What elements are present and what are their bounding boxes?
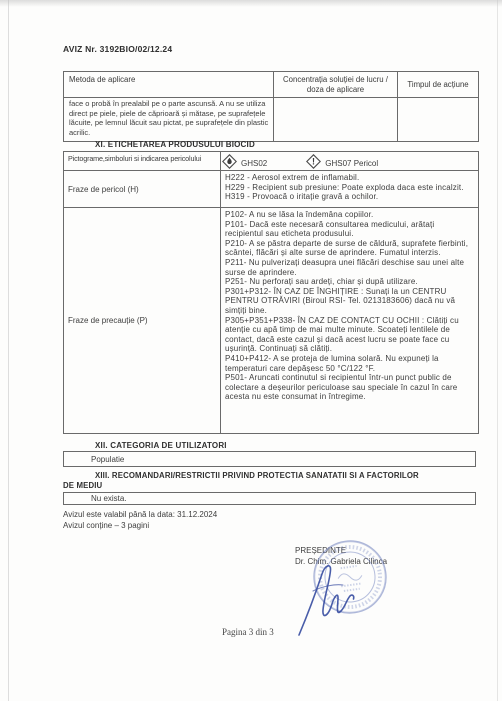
p-phrase: P210- A se păstra departe de surse de că… xyxy=(225,239,474,258)
section-xiii-value-box: Nu exista. xyxy=(63,492,476,505)
scan-edge-left xyxy=(8,0,9,701)
h-phrases-cell: H222 - Aerosol extrem de inflamabil. H22… xyxy=(221,171,479,208)
table-row: Pictograme,simboluri si indicarea perico… xyxy=(64,152,479,171)
ghs02-group: GHS02 xyxy=(222,154,267,169)
ghs07-label: GHS07 Pericol xyxy=(325,159,378,168)
cell-timp xyxy=(398,98,479,142)
table-row: Fraze de pericol (H) H222 - Aerosol extr… xyxy=(64,171,479,208)
document-page: AVIZ Nr. 3192BIO/02/12.24 Metoda de apli… xyxy=(0,0,502,701)
users-category-value: Populatie xyxy=(91,455,124,464)
col-header-timp: Timpul de acțiune xyxy=(398,72,479,98)
recommendations-value: Nu exista. xyxy=(91,494,127,503)
pictograms-cell: GHS02 ! GHS07 Pericol xyxy=(221,152,479,171)
p-phrase: P211- Nu pulverizați deasupra unei flăcă… xyxy=(225,258,474,277)
table-row: face o probă în prealabil pe o parte asc… xyxy=(64,98,479,142)
scan-edge-top xyxy=(0,0,502,7)
section-xi-title: XI. ETICHETAREA PRODUSULUI BIOCID xyxy=(63,140,255,149)
section-xii-title: XII. CATEGORIA DE UTILIZATORI xyxy=(63,441,227,450)
h-phrase: H229 - Recipient sub presiune: Poate exp… xyxy=(225,183,474,193)
p-phrases-label: Fraze de precauție (P) xyxy=(64,208,221,434)
cell-concentratie xyxy=(274,98,398,142)
validity-block: Avizul este valabil până la data: 31.12.… xyxy=(63,510,217,531)
aviz-number: AVIZ Nr. 3192BIO/02/12.24 xyxy=(63,44,172,54)
table-header-row: Metoda de aplicare Concentrația soluției… xyxy=(64,72,479,98)
h-phrase: H319 - Provoacă o iritație gravă a ochil… xyxy=(225,192,474,202)
h-phrase: H222 - Aerosol extrem de inflamabil. xyxy=(225,173,474,183)
p-phrase: P501- Aruncati continutul si recipientul… xyxy=(225,373,474,402)
p-phrase: P305+P351+P338- ÎN CAZ DE CONTACT CU OCH… xyxy=(225,316,474,354)
col-header-concentratie: Concentrația soluției de lucru / doza de… xyxy=(274,72,398,98)
ghs02-label: GHS02 xyxy=(241,159,267,168)
labeling-table: Pictograme,simboluri si indicarea perico… xyxy=(63,151,479,434)
p-phrase: P251- Nu perforați sau ardeți, chiar și … xyxy=(225,277,474,287)
section-xiii-title-line2: DE MEDIU xyxy=(63,481,478,491)
cell-metoda-text: face o probă în prealabil pe o parte asc… xyxy=(64,98,274,142)
pages-count-line: Avizul conține – 3 pagini xyxy=(63,521,217,532)
pictograme-label: Pictograme,simboluri si indicarea perico… xyxy=(64,152,221,171)
page-number: Pagina 3 din 3 xyxy=(222,627,274,637)
table-row: Fraze de precauție (P) P102- A nu se lăs… xyxy=(64,208,479,434)
svg-text:!: ! xyxy=(312,157,315,167)
h-phrases-label: Fraze de pericol (H) xyxy=(64,171,221,208)
section-xiii-title: XIII. RECOMANDARI/RESTRICTII PRIVIND PRO… xyxy=(63,471,478,491)
handwritten-signature xyxy=(283,558,383,643)
p-phrase: P101- Dacă este necesară consultarea med… xyxy=(225,220,474,239)
scan-edge-right xyxy=(497,0,498,701)
p-phrase: P410+P412- A se proteja de lumina solară… xyxy=(225,354,474,373)
p-phrase: P102- A nu se lăsa la îndemâna copiilor. xyxy=(225,210,474,220)
col-header-metoda: Metoda de aplicare xyxy=(64,72,274,98)
application-method-table: Metoda de aplicare Concentrația soluției… xyxy=(63,71,479,142)
section-xiii-title-line1: XIII. RECOMANDARI/RESTRICTII PRIVIND PRO… xyxy=(63,471,478,481)
p-phrase: P301+P312- ÎN CAZ DE ÎNGHIȚIRE : Sunați … xyxy=(225,287,474,316)
ghs02-flame-icon xyxy=(222,154,237,169)
ghs07-exclamation-icon: ! xyxy=(306,154,321,169)
p-phrases-cell: P102- A nu se lăsa la îndemâna copiilor.… xyxy=(221,208,479,434)
section-xii-value-box: Populatie xyxy=(63,451,476,467)
ghs07-group: ! GHS07 Pericol xyxy=(306,154,378,169)
validity-date-line: Avizul este valabil până la data: 31.12.… xyxy=(63,510,217,521)
